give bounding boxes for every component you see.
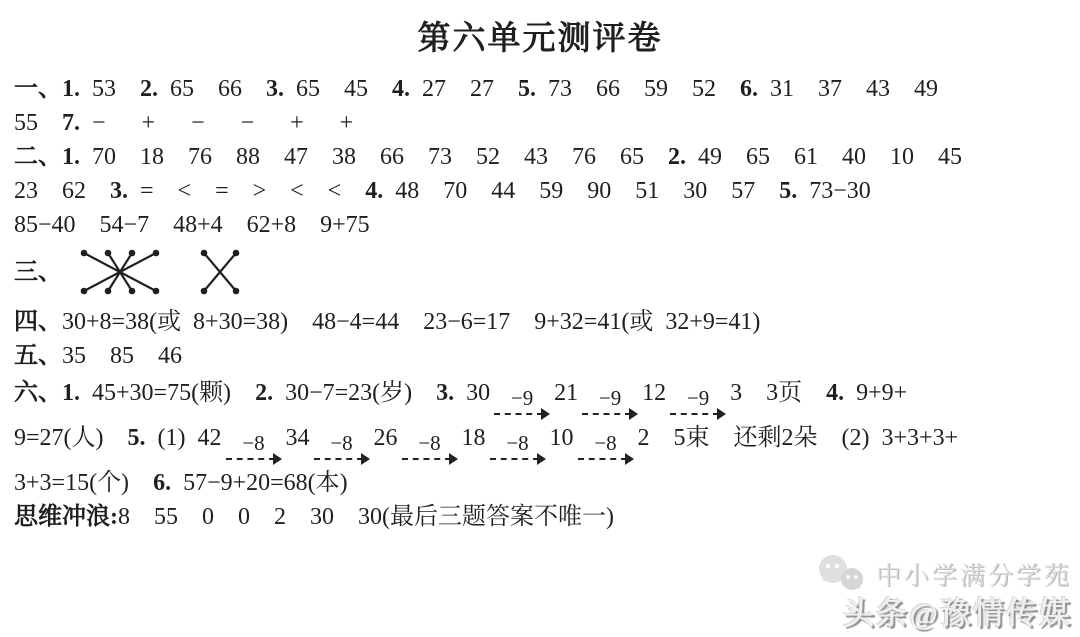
answer-text: (1) 42 bbox=[146, 425, 222, 451]
answer-text: 73−30 bbox=[797, 178, 871, 204]
item-label: 四、 bbox=[14, 309, 62, 335]
arrow-operation-label: −8 bbox=[594, 433, 616, 453]
answer-text: 12 bbox=[642, 380, 666, 406]
arrow-operation-label: −9 bbox=[599, 388, 621, 408]
labeled-arrow: −8 bbox=[314, 433, 370, 466]
item-label: 思维冲浪: bbox=[14, 504, 118, 530]
answer-text: 48 70 44 59 90 51 30 57 bbox=[383, 178, 779, 204]
line-section5: 五、35 85 46 bbox=[14, 340, 1066, 373]
right-arrow-icon bbox=[582, 408, 638, 421]
answer-text: 3+3=15(个) bbox=[14, 470, 153, 496]
answers-content: 一、1. 53 2. 65 66 3. 65 45 4. 27 27 5. 73… bbox=[0, 59, 1080, 534]
item-label: 三、 bbox=[14, 260, 62, 286]
item-label: 1. bbox=[62, 76, 80, 102]
item-label: 五、 bbox=[14, 343, 62, 369]
answer-text: 65 45 bbox=[284, 76, 392, 102]
labeled-arrow: −9 bbox=[494, 388, 550, 421]
labeled-arrow: −8 bbox=[226, 433, 282, 466]
line-section1-row2: 55 7. − + − − + + bbox=[14, 107, 1066, 140]
item-label: 二、 bbox=[14, 144, 62, 170]
item-label: 5. bbox=[518, 76, 536, 102]
arrow-operation-label: −9 bbox=[511, 388, 533, 408]
line-section6-row2: 9=27(人) 5. (1) 42−834−826−818−810−82 5束 … bbox=[14, 422, 1066, 466]
answer-text: 49 65 61 40 10 45 bbox=[686, 144, 962, 170]
answer-text: 30+8=38(或 8+30=38) 48−4=44 23−6=17 9+32=… bbox=[62, 309, 760, 335]
answer-text: 73 66 59 52 bbox=[536, 76, 740, 102]
labeled-arrow: −8 bbox=[402, 433, 458, 466]
right-arrow-icon bbox=[226, 453, 282, 466]
answer-text: 55 bbox=[14, 110, 62, 136]
line-section4: 四、30+8=38(或 8+30=38) 48−4=44 23−6=17 9+3… bbox=[14, 306, 1066, 339]
item-label: 1. bbox=[62, 144, 80, 170]
line-section6-row1: 六、1. 45+30=75(颗) 2. 30−7=23(岁) 3. 30−921… bbox=[14, 377, 1066, 421]
answer-text: 35 85 46 bbox=[62, 343, 182, 369]
item-label: 2. bbox=[668, 144, 686, 170]
answer-text: 2 5束 还剩2朵 (2) 3+3+3+ bbox=[638, 425, 959, 451]
answer-text: 57−9+20=68(本) bbox=[171, 470, 348, 496]
item-label: 2. bbox=[255, 380, 273, 406]
item-label: 3. bbox=[110, 178, 128, 204]
item-label: 六、 bbox=[14, 380, 62, 406]
arrow-operation-label: −8 bbox=[506, 433, 528, 453]
item-label: 2. bbox=[140, 76, 158, 102]
arrow-operation-label: −8 bbox=[330, 433, 352, 453]
item-label: 4. bbox=[392, 76, 410, 102]
line-section6-row3: 3+3=15(个) 6. 57−9+20=68(本) bbox=[14, 467, 1066, 500]
right-arrow-icon bbox=[402, 453, 458, 466]
item-label: 6. bbox=[153, 470, 171, 496]
item-label: 4. bbox=[365, 178, 383, 204]
item-label: 3. bbox=[436, 380, 454, 406]
answer-text: 53 bbox=[80, 76, 140, 102]
answer-text: 18 bbox=[462, 425, 486, 451]
answer-text: 3 3页 bbox=[730, 380, 826, 406]
line-siwei: 思维冲浪:8 55 0 0 2 30 30(最后三题答案不唯一) bbox=[14, 501, 1066, 534]
line-section3: 三、 bbox=[14, 246, 1066, 302]
matching-lines-diagram-1 bbox=[70, 246, 174, 298]
item-label: 6. bbox=[740, 76, 758, 102]
item-label: 1. bbox=[62, 380, 80, 406]
answer-text: 21 bbox=[554, 380, 578, 406]
answer-text: − + − − + + bbox=[80, 110, 353, 136]
right-arrow-icon bbox=[494, 408, 550, 421]
watermark-brand-text: 中小学满分学苑 bbox=[876, 556, 1072, 592]
answer-text: 30−7=23(岁) bbox=[273, 380, 436, 406]
arrow-operation-label: −8 bbox=[418, 433, 440, 453]
line-section2-row1: 二、1. 70 18 76 88 47 38 66 73 52 43 76 65… bbox=[14, 141, 1066, 174]
item-label: 一、 bbox=[14, 76, 62, 102]
page-title: 第六单元测评卷 bbox=[0, 0, 1080, 59]
answer-text: = < = > < < bbox=[128, 178, 365, 204]
answer-text: 30 bbox=[454, 380, 490, 406]
right-arrow-icon bbox=[670, 408, 726, 421]
right-arrow-icon bbox=[314, 453, 370, 466]
arrow-operation-label: −9 bbox=[687, 388, 709, 408]
wechat-icon bbox=[814, 552, 868, 596]
item-label: 4. bbox=[826, 380, 844, 406]
item-label: 5. bbox=[779, 178, 797, 204]
labeled-arrow: −8 bbox=[490, 433, 546, 466]
matching-lines-diagram-2 bbox=[192, 246, 248, 298]
answer-text: 10 bbox=[550, 425, 574, 451]
answer-text: 65 66 bbox=[158, 76, 266, 102]
item-label: 3. bbox=[266, 76, 284, 102]
arrow-operation-label: −8 bbox=[242, 433, 264, 453]
answer-text: 9+9+ bbox=[844, 380, 907, 406]
right-arrow-icon bbox=[578, 453, 634, 466]
answer-text: 85−40 54−7 48+4 62+8 9+75 bbox=[14, 212, 370, 238]
line-section1-row1: 一、1. 53 2. 65 66 3. 65 45 4. 27 27 5. 73… bbox=[14, 73, 1066, 106]
line-section2-row3: 85−40 54−7 48+4 62+8 9+75 bbox=[14, 209, 1066, 242]
answer-text: 23 62 bbox=[14, 178, 110, 204]
answer-text: 70 18 76 88 47 38 66 73 52 43 76 65 bbox=[80, 144, 668, 170]
line-section2-row2: 23 62 3. = < = > < < 4. 48 70 44 59 90 5… bbox=[14, 175, 1066, 208]
right-arrow-icon bbox=[490, 453, 546, 466]
answer-text: 26 bbox=[374, 425, 398, 451]
answer-text: 31 37 43 49 bbox=[758, 76, 938, 102]
answer-text: 9=27(人) bbox=[14, 425, 128, 451]
item-label: 7. bbox=[62, 110, 80, 136]
labeled-arrow: −8 bbox=[578, 433, 634, 466]
answer-text: 8 55 0 0 2 30 30(最后三题答案不唯一) bbox=[118, 504, 614, 530]
watermark: 中小学满分学苑 头条@豫情传媒 bbox=[814, 552, 1072, 633]
answer-text: 27 27 bbox=[410, 76, 518, 102]
answer-text: 45+30=75(颗) bbox=[80, 380, 255, 406]
answer-text: 34 bbox=[286, 425, 310, 451]
labeled-arrow: −9 bbox=[582, 388, 638, 421]
labeled-arrow: −9 bbox=[670, 388, 726, 421]
item-label: 5. bbox=[128, 425, 146, 451]
